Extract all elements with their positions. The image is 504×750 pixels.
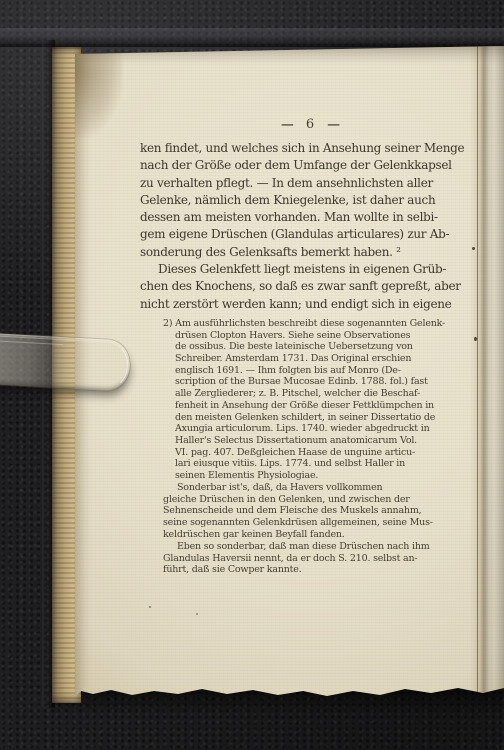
page-header: — 6 — [235,117,385,132]
footnote-section-2: Sonderbar ist's, daß, da Havers vollkomm… [163,482,431,540]
text-line: Axungia articulorum. Lips. 1740. wieder … [163,423,431,435]
text-line: sonderung des Gelenksafts bemerkt haben.… [140,244,446,261]
gutter-shading [470,46,504,697]
text-line: gleiche Drüschen in den Gelenken, und zw… [163,494,431,506]
body-paragraph-1: ken findet, und welches sich in Ansehung… [140,140,446,261]
text-line: chen des Knochens, so daß es zwar sanft … [140,278,446,295]
text-line: gem eigene Drüschen (Glandulas articular… [140,226,446,243]
text-line: Gelenke, nämlich dem Kniegelenke, ist da… [140,192,446,209]
cover-top-edge [0,28,504,47]
text-line: lari eiusque vitiis. Lips. 1774. und sel… [163,458,431,470]
text-line: Glandulas Haversii nennt, da er doch S. … [163,553,431,565]
text-line: VI. pag. 407. Deßgleichen Haase de ungui… [163,447,431,459]
text-line: scription of the Bursae Mucosae Edinb. 1… [163,376,431,388]
text-line: ken findet, und welches sich in Ansehung… [140,140,446,157]
text-line: englisch 1691. — Ihm folgten bis auf Mon… [163,365,431,377]
text-line: alle Zergliederer; z. B. Pitschel, welch… [163,388,431,400]
text-line: drüsen Clopton Havers. Siehe seine Obser… [163,330,431,342]
ink-speck [472,247,475,250]
text-line: seinen Elementis Physiologiae. [163,470,431,482]
text-line: führt, daß sie Cowper kannte. [163,564,431,576]
text-line: de ossibus. Die beste lateinische Uebers… [163,341,431,353]
header-dash-left: — [281,119,293,131]
text-line: Sehnenscheide und dem Fleische des Muske… [163,505,431,517]
text-line: dessen am meisten vorhanden. Man wollte … [140,209,446,226]
text-line: zu verhalten pflegt. — In dem ansehnlich… [140,175,446,192]
ink-speck [196,613,198,615]
book-photo: — 6 — ken findet, und welches sich in An… [0,0,504,750]
text-line: 2) Am ausführlichsten beschreibt diese s… [163,318,431,330]
text-line: fenheit in Ansehung der Größe dieser Fet… [163,400,431,412]
acrylic-page-holder [0,333,131,392]
text-line: Sonderbar ist's, daß, da Havers vollkomm… [163,482,431,494]
book-page: — 6 — ken findet, und welches sich in An… [75,46,504,697]
text-line: nicht zerstört werden kann; und endigt s… [140,296,446,313]
text-line: keldrüschen gar keinen Beyfall fanden. [163,529,431,541]
ink-speck [149,606,151,608]
text-line: den meisten Gelenken schildert, in seine… [163,412,431,424]
body-paragraph-2: Dieses Gelenkfett liegt meistens in eige… [140,261,446,313]
page-number: 6 [306,117,314,132]
text-line: nach der Größe oder dem Umfange der Gele… [140,157,446,174]
text-line: Haller's Selectus Dissertationum anatomi… [163,435,431,447]
gutter-crease [477,46,478,697]
header-dash-right: — [327,119,339,131]
footnote-section-1: 2) Am ausführlichsten beschreibt diese s… [163,318,431,482]
text-line: seine sogenannten Gelenkdrüsen allgemein… [163,517,431,529]
text-line: Schreiber. Amsterdam 1731. Das Original … [163,353,431,365]
footnote-section-3: Eben so sonderbar, daß man diese Drüsche… [163,541,431,576]
text-line: Eben so sonderbar, daß man diese Drüsche… [163,541,431,553]
ink-speck [474,337,477,341]
text-line: Dieses Gelenkfett liegt meistens in eige… [140,261,446,278]
